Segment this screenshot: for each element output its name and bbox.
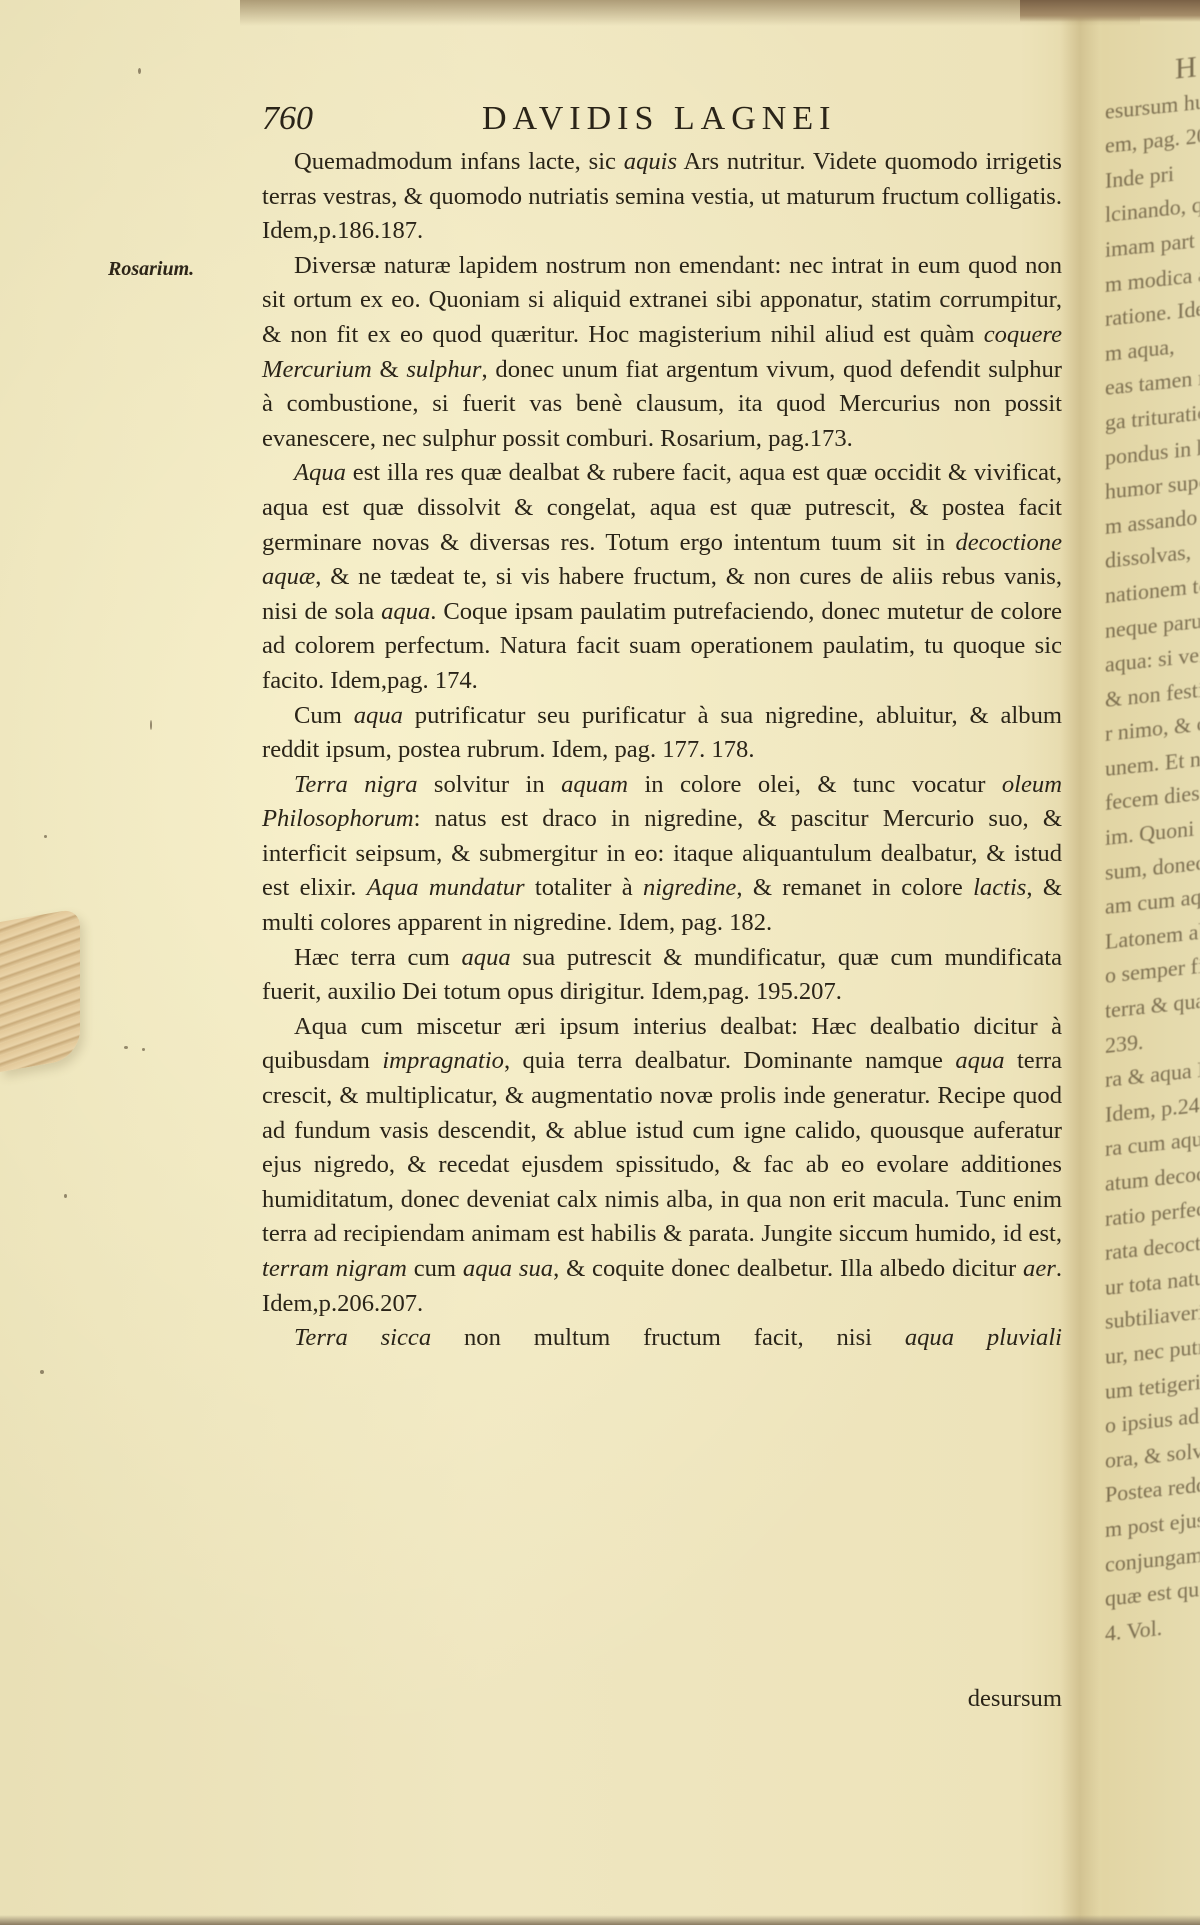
text-run: totaliter à [525,874,643,901]
paper-speck [142,1048,145,1051]
body-text: Quemadmodum infans lacte, sic aquis Ars … [262,145,1062,1356]
paragraph: Terra sicca non multum fructum facit, ni… [262,1321,1062,1356]
text-run: in colore olei, & tunc vocatur [628,771,1002,798]
text-run: , & coquite donec dealbetur. Illa albedo… [553,1255,1023,1282]
text-run: Diversæ naturæ lapidem nostrum non emend… [262,252,1062,348]
italic-term: aqua [955,1047,1004,1074]
running-head: 760 DAVIDIS LAGNEI [262,100,1062,144]
italic-term: Aqua [294,459,346,486]
paper-tab-strip [0,908,80,1072]
italic-term: aqua pluviali [905,1324,1062,1351]
paper-speck [44,835,47,838]
paragraph: Cum aqua putrificatur seu purificatur à … [262,699,1062,768]
paper-speck [138,68,141,74]
text-run: , & remanet in colore [736,874,973,901]
italic-term: sulphur [406,356,481,383]
italic-term: aqua [354,702,403,729]
text-run: cum [407,1255,463,1282]
italic-term: aqua sua [463,1255,553,1282]
italic-term: aqua [462,944,511,971]
text-run: Quemadmodum infans lacte, sic [294,148,624,175]
text-run: est illa res quæ dealbat & rubere facit,… [262,459,1062,555]
text-run: , quia terra dealbatur. Dominante namque [504,1047,955,1074]
italic-term: aer [1023,1255,1056,1282]
text-run: terra crescit, & multiplicatur, & augmen… [262,1047,1062,1247]
paragraph: Terra nigra solvitur in aquam in colore … [262,768,1062,941]
italic-term: lactis [973,874,1026,901]
text-run: solvitur in [418,771,562,798]
italic-term: impragnatio [382,1047,504,1074]
page-number: 760 [262,100,313,138]
italic-term: Aqua mundatur [367,874,525,901]
page-gutter-shadow [1060,0,1100,1925]
text-run: Hæc terra cum [294,944,462,971]
paper-speck [150,720,152,730]
running-head-title: DAVIDIS LAGNEI [482,100,836,138]
text-run: Cum [294,702,354,729]
paper-speck [124,1046,128,1049]
facing-page-bleed: H esursum humem, pag. 209.Inde prilcinan… [1105,50,1200,1760]
paper-speck [40,1370,44,1374]
margin-note: Rosarium. [108,258,194,281]
text-run: non multum fructum facit, nisi [431,1324,905,1351]
italic-term: aquis [624,148,677,175]
italic-term: Terra sicca [294,1324,431,1351]
binding-corner [1020,0,1200,22]
italic-term: Terra nigra [294,771,418,798]
paragraph: Aqua cum miscetur æri ipsum interius dea… [262,1010,1062,1321]
italic-term: aqua [381,598,430,625]
catchword: desursum [962,1685,1062,1713]
italic-term: terram nigram [262,1255,407,1282]
scanned-book-page: 760 DAVIDIS LAGNEI Rosarium. Quemadmodum… [0,0,1200,1925]
paragraph: Diversæ naturæ lapidem nostrum non emend… [262,249,1062,457]
paper-speck [64,1194,67,1198]
text-run: & [372,356,407,383]
bottom-edge [0,1915,1200,1925]
paragraph: Hæc terra cum aqua sua putrescit & mundi… [262,941,1062,1010]
top-edge-shadow [240,0,1140,26]
italic-term: nigredine [643,874,736,901]
paragraph: Quemadmodum infans lacte, sic aquis Ars … [262,145,1062,249]
italic-term: aquam [561,771,628,798]
paragraph: Aqua est illa res quæ dealbat & rubere f… [262,456,1062,698]
